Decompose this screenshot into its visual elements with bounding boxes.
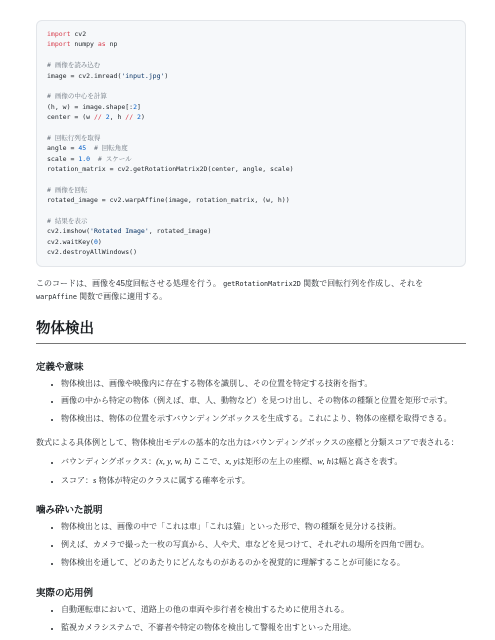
code-token: import <box>47 40 70 48</box>
intro-paragraph: このコードは、画像を45度回転させる処理を行う。 getRotationMatr… <box>36 278 466 304</box>
text-run: は矩形の左上の座標、 <box>237 457 317 466</box>
text-run: 数式による具体例として、物体検出モデルの基本的な出力はバウンディングボックスの座… <box>36 438 459 447</box>
code-token: np <box>106 40 118 48</box>
code-token: // <box>94 113 102 121</box>
text-run: 物体検出は、物体の位置を示すバウンディングボックスを生成する。これにより、物体の… <box>61 414 451 423</box>
code-token: // <box>125 113 133 121</box>
subsection-title: 実際の応用例 <box>36 585 466 599</box>
code-token: # 回転角度 <box>94 144 128 152</box>
code-token: cv2.destroyAllWindows() <box>47 248 137 256</box>
text-run: ここで、 <box>191 457 225 466</box>
text-run: は幅と高さを表す。 <box>331 457 402 466</box>
code-line: rotated_image = cv2.warpAffine(image, ro… <box>47 195 455 205</box>
bullet-list: 物体検出は、画像や映像内に存在する物体を識別し、その位置を特定する技術を指す。画… <box>36 378 466 426</box>
code-token: cv2 <box>70 30 86 38</box>
list-item: 自動運転車において、道路上の他の車両や歩行者を検出するために使用される。 <box>61 604 466 617</box>
code-token <box>90 155 98 163</box>
code-token: angle = <box>47 144 78 152</box>
math-expression: (x, y, w, h) <box>156 456 191 466</box>
list-item: スコア：s 物体が特定のクラスに属する確率を示す。 <box>61 474 466 488</box>
code-line: scale = 1.0 # スケール <box>47 154 455 164</box>
subsections: 定義や意味物体検出は、画像や映像内に存在する物体を識別し、その位置を特定する技術… <box>36 359 466 635</box>
code-token: scale = <box>47 155 78 163</box>
math-expression: x, y <box>225 456 237 466</box>
code-line: # 画像の中心を計算 <box>47 91 455 101</box>
code-token: # 画像の中心を計算 <box>47 92 107 100</box>
code-line: # 画像を読み込む <box>47 60 455 70</box>
code-line: angle = 45 # 回転角度 <box>47 143 455 153</box>
text-run: 関数で回転行列を作成し、それを <box>301 279 423 288</box>
code-line <box>47 174 455 184</box>
subsection-title: 定義や意味 <box>36 359 466 373</box>
code-block: import cv2import numpy as np # 画像を読み込むim… <box>36 20 466 267</box>
math-expression: w, h <box>317 456 331 466</box>
code-token: # 画像を読み込む <box>47 61 100 69</box>
code-pre: import cv2import numpy as np # 画像を読み込むim… <box>47 29 455 258</box>
code-line: cv2.waitKey(0) <box>47 237 455 247</box>
text-run: このコードは、画像を45度回転させる処理を行う。 <box>36 279 223 288</box>
code-line: rotation_matrix = cv2.getRotationMatrix2… <box>47 164 455 174</box>
code-token: numpy <box>70 40 97 48</box>
code-token: ) <box>98 238 102 246</box>
section-heading: 物体検出 <box>36 317 466 344</box>
code-line: import cv2 <box>47 29 455 39</box>
code-line: cv2.destroyAllWindows() <box>47 247 455 257</box>
code-line: (h, w) = image.shape[:2] <box>47 102 455 112</box>
text-run: 物体検出を通して、どのあたりにどんなものがあるのかを視覚的に理解することが可能に… <box>61 558 405 567</box>
code-token: ) <box>164 72 168 80</box>
text-run: 物体検出は、画像や映像内に存在する物体を識別し、その位置を特定する技術を指す。 <box>61 379 372 388</box>
code-line <box>47 50 455 60</box>
code-line <box>47 81 455 91</box>
bullet-list: バウンディングボックス：(x, y, w, h) ここで、x, yは矩形の左上の… <box>36 455 466 488</box>
code-content: import cv2import numpy as np # 画像を読み込むim… <box>47 29 455 258</box>
code-line: center = (w // 2, h // 2) <box>47 112 455 122</box>
list-item: 物体検出を通して、どのあたりにどんなものがあるのかを視覚的に理解することが可能に… <box>61 557 466 570</box>
code-line: import numpy as np <box>47 39 455 49</box>
code-token: cv2.imshow( <box>47 227 90 235</box>
code-token: center = (w <box>47 113 94 121</box>
code-token: rotation_matrix = cv2.getRotationMatrix2… <box>47 165 294 173</box>
text-run: 物体検出とは、画像の中で「これは車」「これは猫」といった形で、物の種類を見分ける… <box>61 522 401 531</box>
code-token: 'Rotated Image' <box>90 227 149 235</box>
list-item: 物体検出は、画像や映像内に存在する物体を識別し、その位置を特定する技術を指す。 <box>61 378 466 391</box>
code-line: # 回転行列を取得 <box>47 133 455 143</box>
code-token: image = cv2.imread( <box>47 72 121 80</box>
code-token: import <box>47 30 70 38</box>
text-run: 監視カメラシステムで、不審者や特定の物体を検出して警報を出すといった用途。 <box>61 623 356 632</box>
text-run: 例えば、カメラで撮った一枚の写真から、人や犬、車などを見つけて、それぞれの場所を… <box>61 540 429 549</box>
list-item: 画像の中から特定の物体（例えば、車、人、動物など）を見つけ出し、その物体の種類と… <box>61 395 466 408</box>
code-token: cv2.waitKey( <box>47 238 94 246</box>
text-run: 物体が特定のクラスに属する確率を示す。 <box>96 476 249 485</box>
list-item: バウンディングボックス：(x, y, w, h) ここで、x, yは矩形の左上の… <box>61 455 466 469</box>
list-item: 物体検出とは、画像の中で「これは車」「これは猫」といった形で、物の種類を見分ける… <box>61 521 466 534</box>
code-token: , h <box>110 113 126 121</box>
list-item: 物体検出は、物体の位置を示すバウンディングボックスを生成する。これにより、物体の… <box>61 413 466 426</box>
text-run: 関数で画像に適用する。 <box>77 292 167 301</box>
code-line <box>47 123 455 133</box>
code-token: # 結果を表示 <box>47 217 87 225</box>
code-line <box>47 206 455 216</box>
code-token: # スケール <box>98 155 132 163</box>
code-token: 45 <box>78 144 86 152</box>
document-page: import cv2import numpy as np # 画像を読み込むim… <box>0 0 495 634</box>
code-line: # 画像を回転 <box>47 185 455 195</box>
bullet-list: 自動運転車において、道路上の他の車両や歩行者を検出するために使用される。監視カメ… <box>36 604 466 635</box>
code-token: , rotated_image) <box>149 227 212 235</box>
code-token: rotated_image = cv2.warpAffine(image, ro… <box>47 196 290 204</box>
code-token <box>86 144 94 152</box>
code-token: # 画像を回転 <box>47 186 87 194</box>
code-line: cv2.imshow('Rotated Image', rotated_imag… <box>47 226 455 236</box>
code-token: ) <box>141 113 145 121</box>
code-token: 'input.jpg' <box>121 72 164 80</box>
inline-code: warpAffine <box>36 293 77 301</box>
text-run: 自動運転車において、道路上の他の車両や歩行者を検出するために使用される。 <box>61 605 349 614</box>
list-item: 監視カメラシステムで、不審者や特定の物体を検出して警報を出すといった用途。 <box>61 622 466 635</box>
code-token: 1.0 <box>78 155 90 163</box>
text-run: スコア： <box>61 476 93 485</box>
code-token: # 回転行列を取得 <box>47 134 100 142</box>
text-run: 画像の中から特定の物体（例えば、車、人、動物など）を見つけ出し、その物体の種類と… <box>61 396 452 405</box>
code-token: (h, w) = image.shape[: <box>47 103 133 111</box>
list-item: 例えば、カメラで撮った一枚の写真から、人や犬、車などを見つけて、それぞれの場所を… <box>61 539 466 552</box>
paragraph: 数式による具体例として、物体検出モデルの基本的な出力はバウンディングボックスの座… <box>36 437 466 450</box>
code-token: ] <box>137 103 141 111</box>
inline-code: getRotationMatrix2D <box>223 280 301 288</box>
code-line: # 結果を表示 <box>47 216 455 226</box>
bullet-list: 物体検出とは、画像の中で「これは車」「これは猫」といった形で、物の種類を見分ける… <box>36 521 466 569</box>
subsection-title: 噛み砕いた説明 <box>36 502 466 516</box>
text-run: バウンディングボックス： <box>61 457 156 466</box>
code-line: image = cv2.imread('input.jpg') <box>47 71 455 81</box>
code-token: as <box>98 40 106 48</box>
